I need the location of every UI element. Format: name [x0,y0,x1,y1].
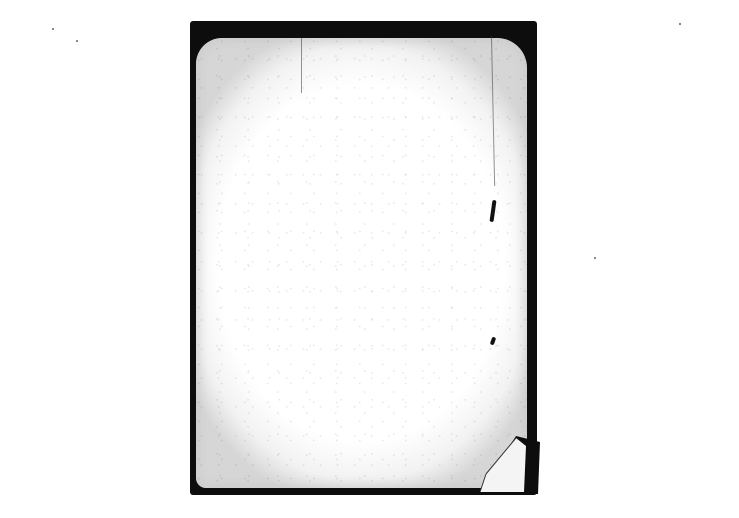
scan-dust [52,28,54,30]
scan-dust [76,40,78,42]
scan-dust [679,23,681,25]
paper-grain [196,38,527,488]
scan-dust [594,257,596,259]
crease-line [301,38,302,93]
blank-page [196,38,527,488]
folded-corner [478,436,540,494]
scan-canvas [0,0,739,518]
